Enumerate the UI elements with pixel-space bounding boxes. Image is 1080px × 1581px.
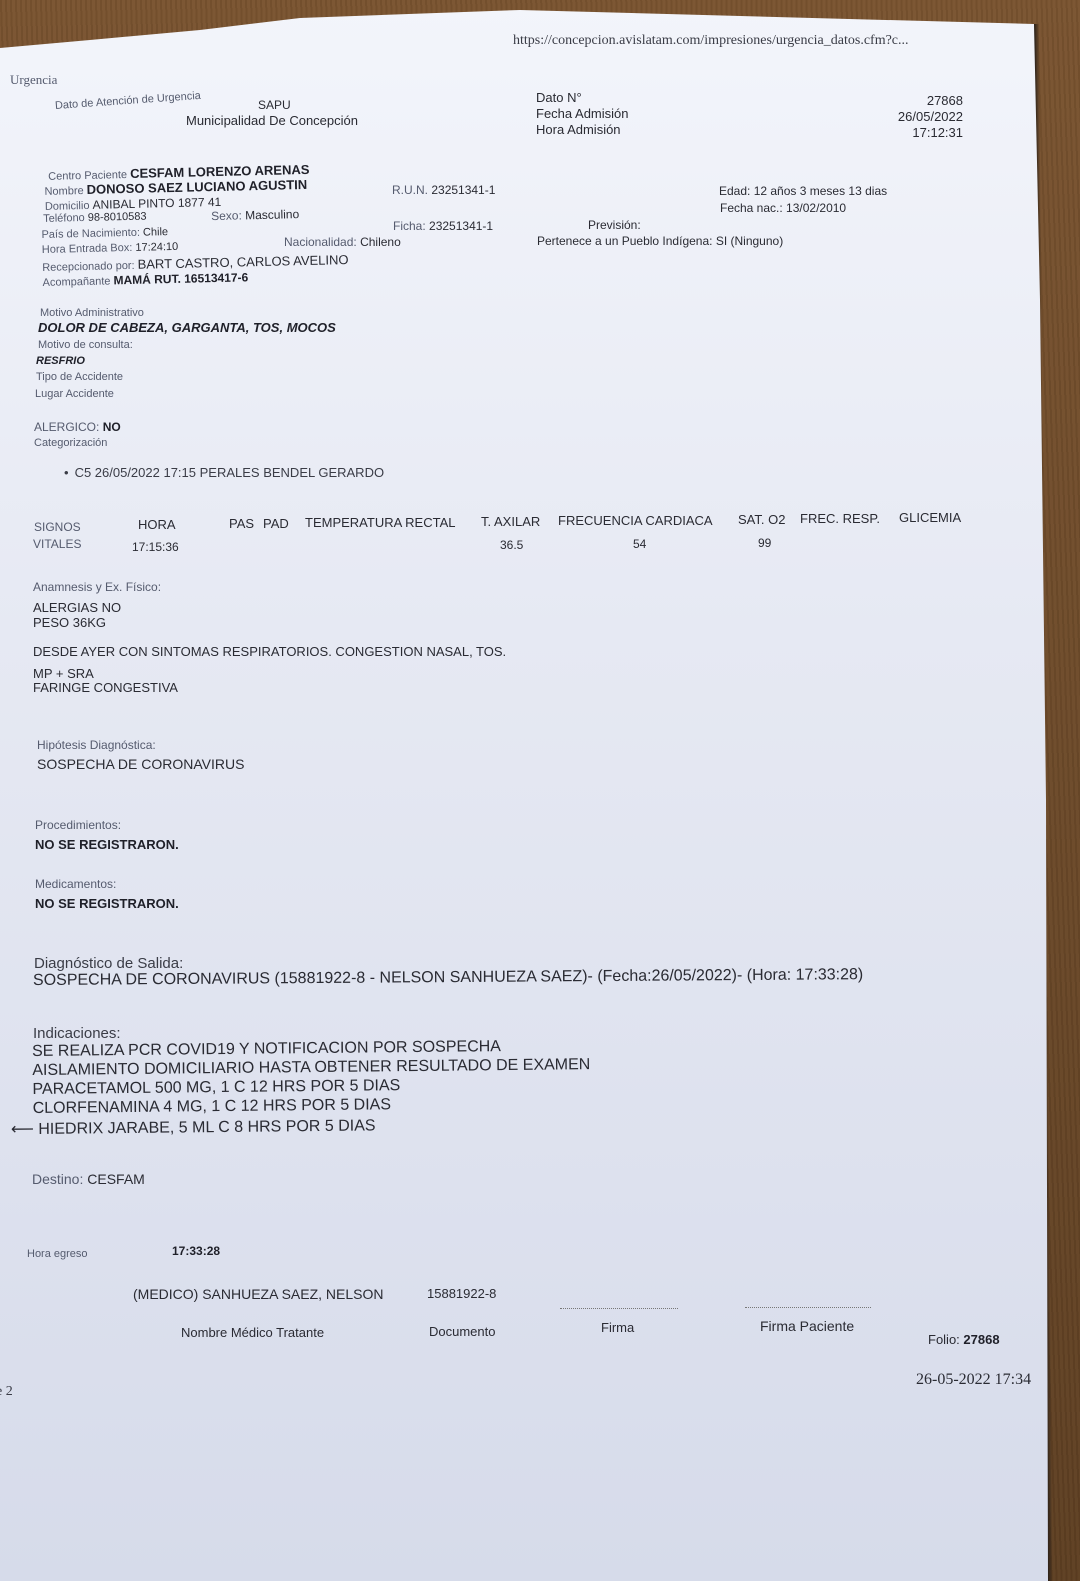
vitals-row-label-2: VITALES <box>33 537 81 551</box>
vitals-sat-o2-value: 99 <box>758 536 771 550</box>
dato-value: 27868 <box>927 93 963 108</box>
run-value: 23251341-1 <box>431 183 495 197</box>
folio-value: 27868 <box>963 1332 999 1347</box>
run-label: R.U.N. <box>392 183 428 197</box>
medico-label: Nombre Médico Tratante <box>181 1325 324 1340</box>
hora-box-label: Hora Entrada Box: <box>42 242 133 256</box>
institution-name: Municipalidad De Concepción <box>186 113 358 128</box>
anamnesis-line: MP + SRA <box>33 666 94 681</box>
medicamentos-value: NO SE REGISTRARON. <box>35 896 179 911</box>
vitals-col-pas: PAS <box>229 516 254 531</box>
fecha-admision-label: Fecha Admisión <box>536 106 629 121</box>
medicamentos-label: Medicamentos: <box>35 877 116 891</box>
anamnesis-line: PESO 36KG <box>33 615 106 630</box>
vitals-col-sat-o2: SAT. O2 <box>738 512 785 527</box>
motivo-consulta-label: Motivo de consulta: <box>38 339 133 351</box>
categorizacion-label: Categorización <box>34 437 107 449</box>
vitals-row-label-1: SIGNOS <box>34 520 81 534</box>
nacionalidad-label: Nacionalidad: <box>284 235 357 249</box>
hora-admision-value: 17:12:31 <box>912 125 963 140</box>
vitals-col-hora: HORA <box>138 517 176 532</box>
recepcionado-label: Recepcionado por: <box>42 260 135 274</box>
recepcionado-value: BART CASTRO, CARLOS AVELINO <box>137 252 348 272</box>
fecha-admision-value: 26/05/2022 <box>898 109 963 124</box>
motivo-consulta-value: RESFRIO <box>36 355 85 367</box>
prevision-label: Previsión: <box>588 218 641 232</box>
firma-label: Firma <box>601 1320 634 1335</box>
vitals-col-pad: PAD <box>263 516 289 531</box>
vitals-col-t-axilar: T. AXILAR <box>481 514 540 529</box>
lugar-accidente-label: Lugar Accidente <box>35 388 114 400</box>
section-title: Urgencia <box>10 72 57 88</box>
tipo-accidente-label: Tipo de Accidente <box>36 371 123 383</box>
folio-label: Folio: <box>928 1332 960 1347</box>
alergico-value: NO <box>103 420 121 434</box>
destino-value: CESFAM <box>87 1171 145 1187</box>
firma-paciente-label: Firma Paciente <box>760 1318 854 1334</box>
anamnesis-line: FARINGE CONGESTIVA <box>33 680 178 695</box>
procedimientos-label: Procedimientos: <box>35 818 121 832</box>
indicacion-item: CLORFENAMINA 4 MG, 1 C 12 HRS POR 5 DIAS <box>33 1096 391 1118</box>
anamnesis-line: ALERGIAS NO <box>33 600 121 615</box>
destino-label: Destino: <box>32 1171 83 1187</box>
telefono-label: Teléfono <box>43 212 85 225</box>
pais-label: País de Nacimiento: <box>41 227 140 241</box>
vitals-t-axilar-value: 36.5 <box>500 538 523 552</box>
attention-label: Dato de Atención de Urgencia <box>55 90 202 112</box>
nombre-label: Nombre <box>44 185 83 198</box>
edad-value: 12 años 3 meses 13 dias <box>754 184 887 198</box>
firma-paciente-line <box>745 1307 871 1308</box>
pais-value: Chile <box>143 226 168 239</box>
nacionalidad-value: Chileno <box>360 235 401 249</box>
pueblo-label: Pertenece a un Pueblo Indígena: <box>537 234 712 248</box>
print-url: https://concepcion.avislatam.com/impresi… <box>513 33 909 49</box>
alergico-label: ALERGICO: <box>34 420 99 434</box>
hipotesis-label: Hipótesis Diagnóstica: <box>37 738 156 752</box>
motivo-admin-value: DOLOR DE CABEZA, GARGANTA, TOS, MOCOS <box>38 320 336 335</box>
indicacion-item-text: HIEDRIX JARABE, 5 ML C 8 HRS POR 5 DIAS <box>38 1117 375 1138</box>
dato-label: Dato N° <box>536 90 582 105</box>
vitals-col-glicemia: GLICEMIA <box>899 510 961 525</box>
procedimientos-value: NO SE REGISTRARON. <box>35 837 179 852</box>
sexo-value: Masculino <box>245 207 299 222</box>
anamnesis-line: DESDE AYER CON SINTOMAS RESPIRATORIOS. C… <box>33 644 506 659</box>
ficha-value: 23251341-1 <box>429 219 493 233</box>
indicacion-item: ⟵ HIEDRIX JARABE, 5 ML C 8 HRS POR 5 DIA… <box>11 1115 376 1139</box>
printed-document: https://concepcion.avislatam.com/impresi… <box>0 0 1080 1581</box>
hora-box-value: 17:24:10 <box>135 241 178 254</box>
diagnostico-salida-label: Diagnóstico de Salida: <box>34 955 183 972</box>
vitals-col-frec-resp: FREC. RESP. <box>800 511 880 526</box>
hora-egreso-label: Hora egreso <box>27 1248 88 1260</box>
ficha-label: Ficha: <box>393 219 426 233</box>
hora-admision-label: Hora Admisión <box>536 122 621 137</box>
medico-name: (MEDICO) SANHUEZA SAEZ, NELSON <box>133 1286 383 1302</box>
fecha-nac-value: 13/02/2010 <box>786 201 846 215</box>
pen-mark-icon: ⟵ <box>11 1121 39 1138</box>
vitals-col-frec-cardiaca: FRECUENCIA CARDIACA <box>558 513 713 528</box>
page-number: e 2 <box>0 1384 13 1400</box>
print-timestamp: 26-05-2022 17:34 <box>916 1371 1031 1389</box>
fecha-nac-label: Fecha nac.: <box>720 201 783 215</box>
documento-label: Documento <box>429 1324 495 1339</box>
motivo-admin-label: Motivo Administrativo <box>40 307 144 319</box>
service-name: SAPU <box>258 98 291 112</box>
pueblo-value: SI (Ninguno) <box>716 234 783 248</box>
medico-documento: 15881922-8 <box>427 1286 496 1301</box>
firma-line <box>560 1308 678 1309</box>
hipotesis-value: SOSPECHA DE CORONAVIRUS <box>37 756 244 772</box>
anamnesis-label: Anamnesis y Ex. Físico: <box>33 580 161 594</box>
indicaciones-label: Indicaciones: <box>33 1025 121 1042</box>
edad-label: Edad: <box>719 184 750 198</box>
categorizacion-item: C5 26/05/2022 17:15 PERALES BENDEL GERAR… <box>64 465 384 480</box>
domicilio-label: Domicilio <box>45 200 90 213</box>
acompanante-label: Acompañante <box>42 275 110 289</box>
hora-egreso-value: 17:33:28 <box>172 1244 220 1258</box>
domicilio-value: ANIBAL PINTO 1877 41 <box>92 195 221 212</box>
sexo-label: Sexo: <box>211 208 242 223</box>
vitals-col-temp-rectal: TEMPERATURA RECTAL <box>305 515 455 530</box>
telefono-value: 98-8010583 <box>88 211 147 224</box>
vitals-hora-value: 17:15:36 <box>132 540 179 554</box>
vitals-frec-cardiaca-value: 54 <box>633 537 646 551</box>
acompanante-value: MAMÁ RUT. 16513417-6 <box>113 270 248 287</box>
